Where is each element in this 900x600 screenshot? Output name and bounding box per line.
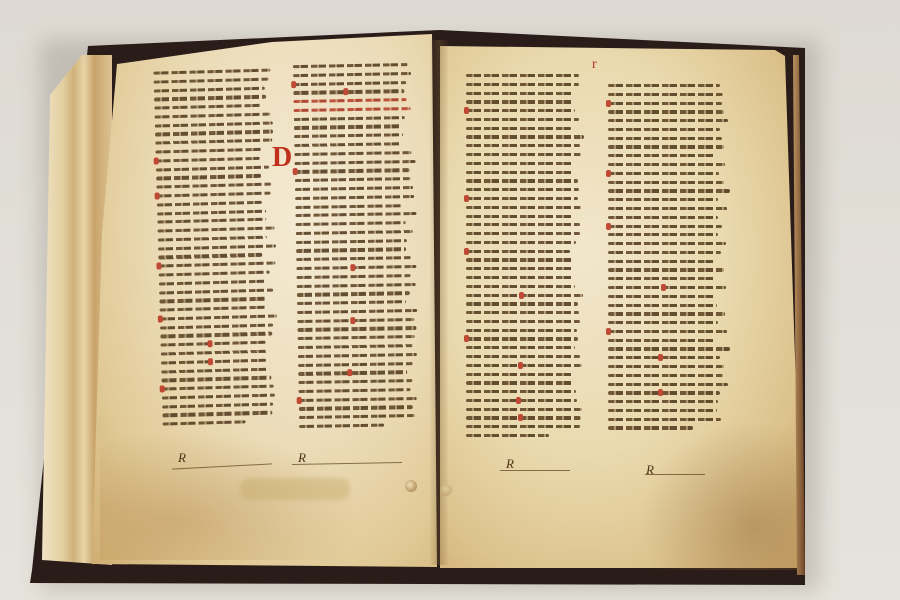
- script-line: [162, 393, 275, 399]
- stain-band: [240, 478, 350, 500]
- script-line: [298, 344, 413, 349]
- script-line: [466, 258, 574, 261]
- illuminated-initial: D: [272, 144, 292, 172]
- script-line: [162, 411, 272, 417]
- script-line: [466, 408, 582, 411]
- script-line: [466, 311, 579, 314]
- catch-line: [645, 474, 705, 475]
- script-line: [466, 74, 579, 77]
- script-line: [293, 98, 406, 103]
- script-line: [466, 241, 576, 244]
- script-line: [608, 426, 693, 429]
- script-line: [297, 300, 406, 305]
- script-line: [466, 144, 580, 147]
- script-line: [297, 274, 411, 279]
- script-line: [154, 77, 269, 83]
- script-line: [297, 318, 414, 323]
- script-line: [162, 385, 274, 391]
- script-line: [608, 207, 727, 210]
- script-line: [155, 139, 272, 145]
- script-line: [608, 277, 716, 280]
- script-line: [466, 92, 573, 95]
- script-line: [608, 172, 719, 175]
- script-line: [608, 330, 727, 333]
- script-line: [466, 373, 572, 376]
- script-line: [161, 376, 271, 382]
- script-line: [157, 218, 266, 224]
- folio-mark: r: [592, 58, 597, 72]
- script-line: [608, 181, 724, 184]
- script-line: [294, 125, 402, 130]
- script-line: [608, 242, 726, 245]
- script-line: [156, 157, 260, 163]
- script-line: [608, 374, 723, 377]
- script-line: [156, 165, 269, 171]
- script-line: [296, 265, 416, 270]
- script-line: [160, 332, 272, 338]
- script-line: [608, 268, 724, 271]
- script-line: [466, 153, 581, 156]
- script-line: [608, 418, 721, 421]
- script-line: [158, 253, 262, 259]
- script-line: [297, 309, 417, 314]
- right-column-2: [608, 84, 730, 430]
- script-line: [297, 326, 416, 331]
- script-line: [608, 216, 718, 219]
- script-line: [466, 197, 578, 200]
- script-line: [294, 151, 411, 156]
- script-line: [466, 337, 578, 340]
- script-line: [466, 294, 583, 297]
- script-line: [157, 192, 271, 198]
- script-line: [466, 434, 549, 437]
- script-line: [155, 121, 273, 127]
- script-line: [608, 356, 720, 359]
- script-line: [466, 346, 575, 349]
- script-line: [466, 188, 579, 191]
- script-line: [466, 390, 576, 393]
- script-line: [466, 329, 577, 332]
- script-line: [160, 306, 267, 312]
- script-line: [296, 256, 411, 261]
- script-line: [608, 225, 722, 228]
- script-line: [160, 314, 277, 320]
- script-line: [466, 232, 580, 235]
- script-line: [156, 174, 261, 180]
- script-line: [293, 89, 404, 94]
- catch-line: [500, 470, 570, 471]
- script-line: [466, 215, 572, 218]
- script-line: [296, 239, 407, 244]
- script-line: [608, 312, 725, 315]
- script-line: [295, 168, 410, 173]
- script-line: [466, 118, 579, 121]
- script-line: [158, 244, 276, 250]
- script-line: [157, 209, 266, 215]
- script-line: [608, 154, 716, 157]
- script-line: [608, 251, 721, 254]
- script-line: [466, 162, 574, 165]
- script-line: [466, 399, 577, 402]
- clasp-stud: [405, 480, 417, 492]
- script-line: [608, 321, 718, 324]
- script-line: [608, 347, 730, 350]
- script-line: [466, 171, 574, 174]
- script-line: [158, 262, 275, 268]
- script-line: [466, 276, 572, 279]
- script-line: [608, 400, 718, 403]
- script-line: [608, 383, 728, 386]
- script-line: [295, 160, 416, 165]
- script-line: [155, 130, 273, 136]
- script-line: [295, 177, 411, 182]
- clasp-stud: [440, 484, 452, 496]
- script-line: [608, 391, 720, 394]
- script-line: [608, 198, 718, 201]
- script-line: [608, 163, 725, 166]
- script-line: [466, 206, 581, 209]
- script-line: [608, 189, 730, 192]
- script-line: [608, 286, 726, 289]
- right-column-1: [466, 74, 584, 437]
- script-line: [294, 142, 402, 147]
- script-line: [299, 406, 413, 411]
- script-line: [159, 297, 267, 303]
- script-line: [608, 295, 716, 298]
- script-line: [466, 135, 584, 138]
- script-line: [160, 323, 273, 329]
- script-line: [608, 339, 715, 342]
- script-line: [608, 119, 728, 122]
- script-line: [466, 83, 579, 86]
- script-line: [466, 425, 580, 428]
- script-line: [159, 279, 267, 285]
- left-column-1: [153, 69, 280, 426]
- script-line: [466, 179, 578, 182]
- script-line: [466, 381, 573, 384]
- script-line: [161, 359, 266, 365]
- script-line: [299, 414, 415, 419]
- left-column-2: [293, 63, 421, 428]
- script-line: [294, 133, 404, 138]
- script-line: [297, 283, 416, 288]
- script-line: [296, 248, 406, 253]
- script-line: [298, 370, 407, 375]
- script-line: [159, 288, 273, 294]
- script-line: [299, 388, 411, 393]
- catchword-1: R: [178, 450, 186, 466]
- script-line: [296, 221, 406, 226]
- script-line: [608, 137, 722, 140]
- script-line: [298, 353, 417, 358]
- script-line: [294, 107, 411, 112]
- script-line: [608, 110, 724, 113]
- script-line: [298, 362, 413, 367]
- script-line: [293, 63, 408, 68]
- script-line: [466, 416, 581, 419]
- script-line: [297, 291, 410, 296]
- script-line: [158, 227, 275, 233]
- script-line: [608, 260, 715, 263]
- script-line: [293, 81, 406, 86]
- script-line: [466, 109, 575, 112]
- script-line: [298, 335, 415, 340]
- script-line: [608, 365, 724, 368]
- script-line: [466, 364, 582, 367]
- script-line: [296, 230, 414, 235]
- script-line: [295, 212, 416, 217]
- script-line: [608, 409, 717, 412]
- script-line: [295, 204, 403, 209]
- script-line: [161, 350, 269, 356]
- script-line: [608, 304, 717, 307]
- script-line: [156, 183, 271, 189]
- script-line: [608, 84, 720, 87]
- script-line: [154, 104, 261, 110]
- script-line: [466, 250, 570, 253]
- script-line: [466, 285, 575, 288]
- script-line: [158, 236, 267, 242]
- script-line: [294, 116, 405, 121]
- script-line: [466, 267, 573, 270]
- script-line: [466, 302, 578, 305]
- script-line: [608, 233, 718, 236]
- script-line: [295, 186, 413, 191]
- script-line: [608, 145, 724, 148]
- script-line: [162, 402, 274, 408]
- corner-stain: [640, 420, 800, 570]
- script-line: [154, 95, 266, 101]
- script-line: [295, 195, 414, 200]
- script-line: [299, 397, 417, 402]
- script-line: [155, 148, 262, 154]
- script-line: [155, 112, 271, 118]
- script-line: [466, 355, 580, 358]
- catchword-4: R: [646, 462, 654, 478]
- script-line: [298, 379, 412, 384]
- script-line: [466, 223, 580, 226]
- script-line: [154, 86, 265, 92]
- script-line: [161, 367, 269, 373]
- script-line: [157, 201, 262, 207]
- script-line: [608, 128, 720, 131]
- script-line: [466, 127, 571, 130]
- script-line: [161, 341, 266, 347]
- script-line: [293, 72, 411, 77]
- script-line: [466, 100, 573, 103]
- script-line: [466, 320, 580, 323]
- script-line: [608, 93, 723, 96]
- script-line: [159, 271, 270, 277]
- manuscript-photo: D r R R R R: [0, 0, 900, 600]
- script-line: [608, 102, 722, 105]
